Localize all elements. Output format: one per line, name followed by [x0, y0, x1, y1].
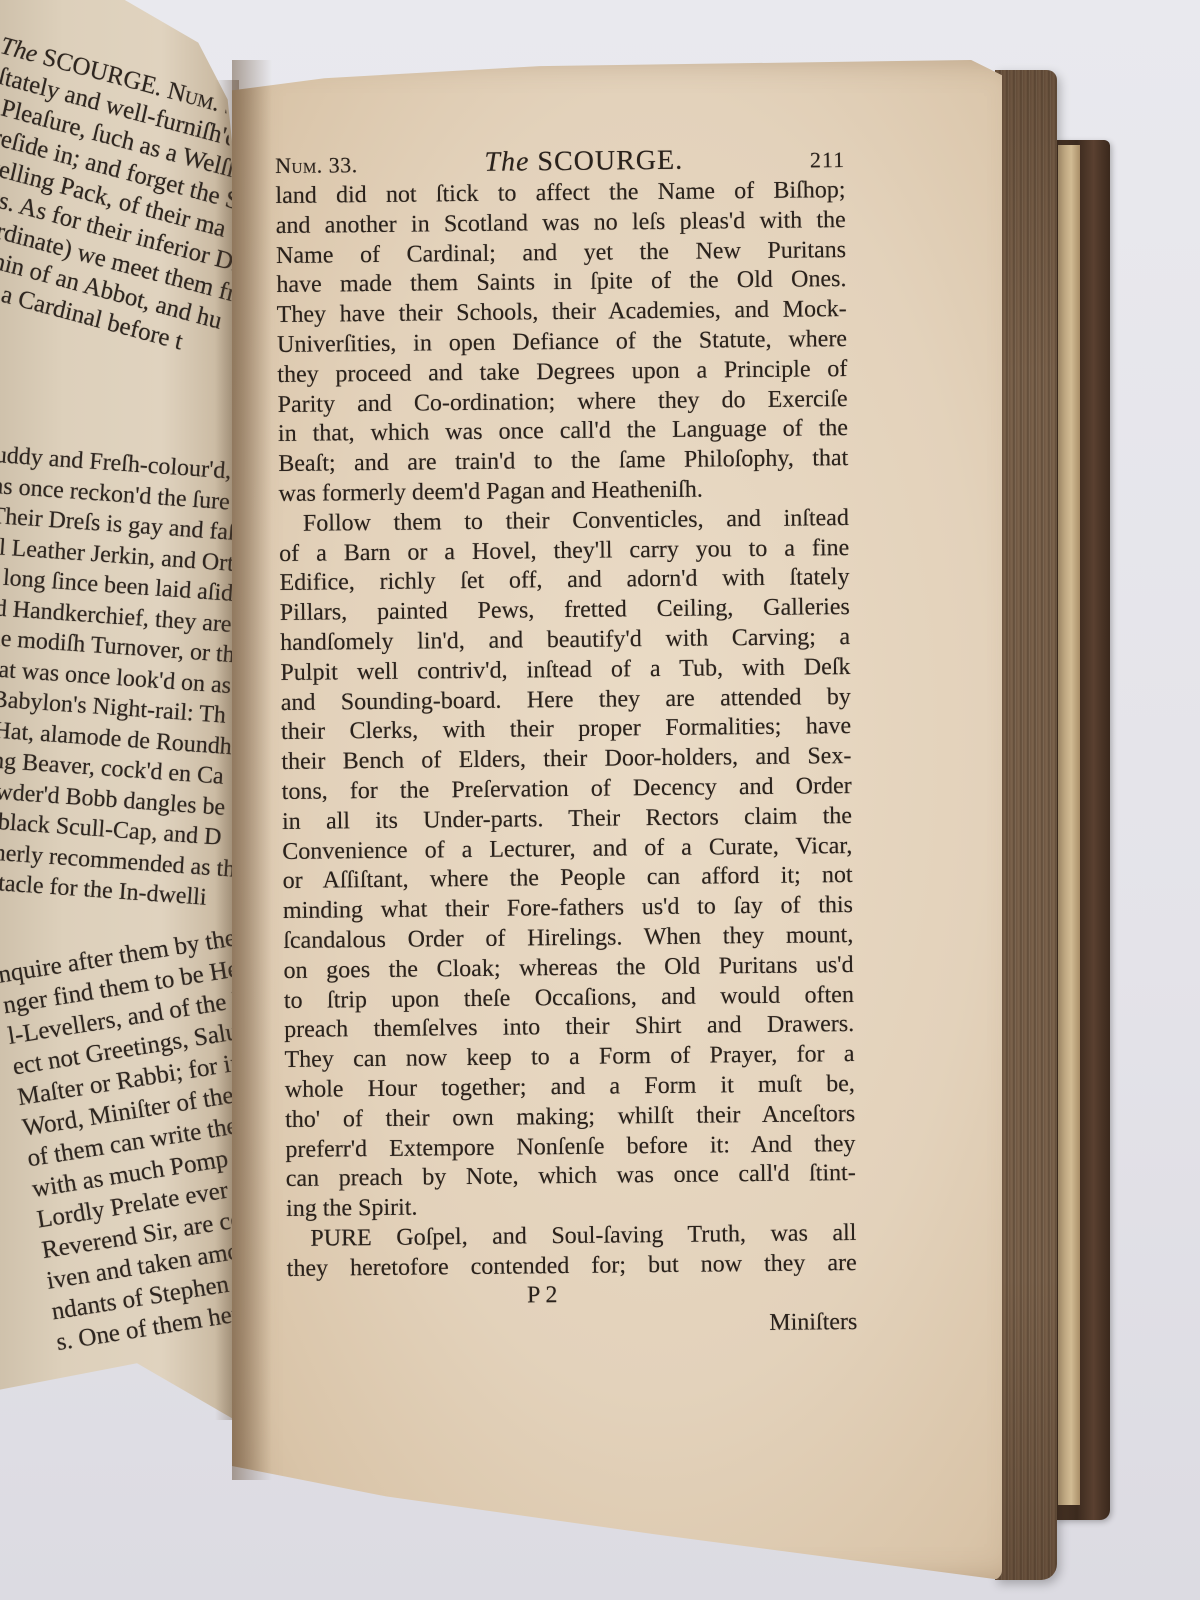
text-line: Beaſt; and are train'd to the ſame Philo… [278, 444, 848, 480]
issue-number: Num. 33. [275, 150, 358, 181]
signature-mark: P 2 [527, 1282, 558, 1312]
left-page-text-upper: The SCOURGE. Num. 3 e ſtately and well-f… [0, 28, 232, 369]
page-number: 211 [810, 145, 845, 175]
right-page-gutter-shadow [232, 60, 272, 1480]
text-line: can preach by Note, which was once call'… [286, 1159, 856, 1195]
running-title: The SCOURGE. [484, 146, 683, 178]
book-photo: The SCOURGE. Num. 3 e ſtately and well-f… [0, 0, 1200, 1600]
endpaper-edge [1058, 145, 1080, 1505]
left-page-text-area: The SCOURGE. Num. 3 e ſtately and well-f… [0, 0, 232, 1420]
left-page-text-lower: nquire after them by their T nger find t… [0, 913, 232, 1358]
page-fore-edges [995, 70, 1057, 1580]
running-head: Num. 33. The SCOURGE. 211 [275, 144, 845, 180]
page-footer: P 2 [287, 1278, 857, 1314]
catchword: Miniſters [287, 1308, 857, 1344]
right-page-text: Num. 33. The SCOURGE. 211 land did not ſ… [275, 144, 857, 1344]
left-page-text-middle: uddy and Freſh-colour'd, a C as once rec… [0, 440, 232, 917]
